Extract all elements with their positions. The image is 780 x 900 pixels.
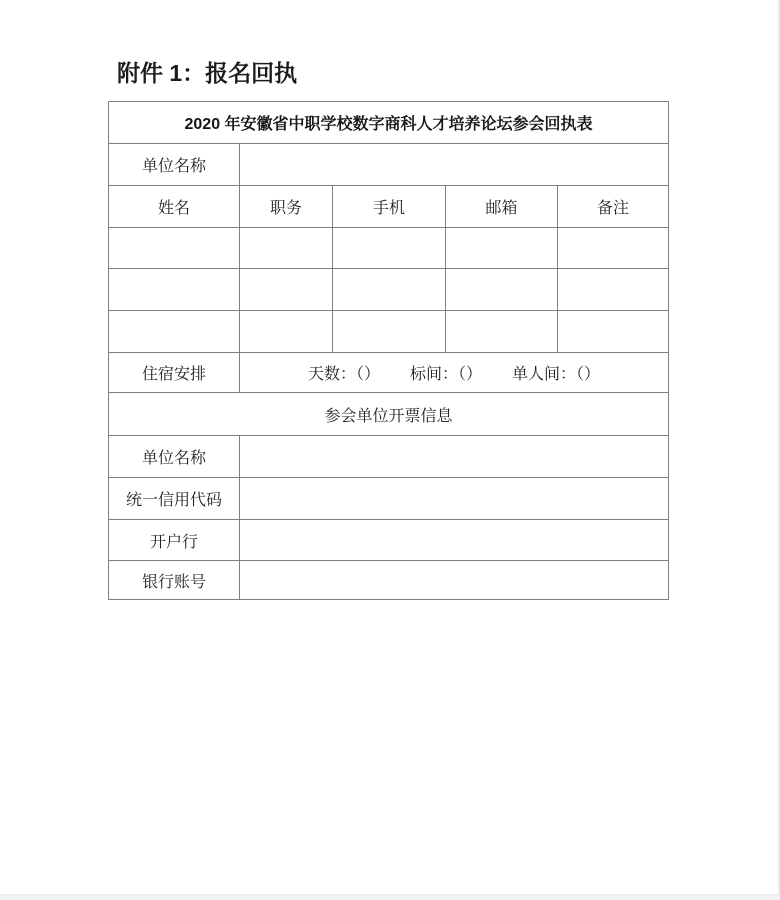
invoice-account-row: 银行账号	[109, 561, 669, 600]
invoice-credit-code-label: 统一信用代码	[109, 478, 240, 520]
accommodation-options: 天数：（） 标间：（） 单人间：（）	[240, 361, 668, 384]
attendee-phone-cell[interactable]	[333, 269, 446, 311]
accommodation-single-room-field: 单人间：（）	[512, 361, 600, 384]
accommodation-label: 住宿安排	[109, 353, 240, 393]
invoice-bank-label: 开户行	[109, 520, 240, 561]
attendee-name-cell[interactable]	[109, 311, 240, 353]
invoice-bank-value-cell[interactable]	[240, 520, 669, 561]
invoice-credit-code-value-cell[interactable]	[240, 478, 669, 520]
column-header-phone: 手机	[333, 186, 446, 228]
attendee-name-cell[interactable]	[109, 228, 240, 269]
accommodation-row: 住宿安排 天数：（） 标间：（） 单人间：（）	[109, 353, 669, 393]
attendee-name-cell[interactable]	[109, 269, 240, 311]
invoice-unit-name-label: 单位名称	[109, 436, 240, 478]
attendee-title-cell[interactable]	[240, 311, 333, 353]
column-header-title: 职务	[240, 186, 333, 228]
invoice-unit-name-value-cell[interactable]	[240, 436, 669, 478]
invoice-account-label: 银行账号	[109, 561, 240, 600]
invoice-section-title: 参会单位开票信息	[109, 393, 669, 436]
attendee-header-row: 姓名 职务 手机 邮箱 备注	[109, 186, 669, 228]
invoice-credit-code-row: 统一信用代码	[109, 478, 669, 520]
attendee-remark-cell[interactable]	[558, 228, 669, 269]
table-title: 2020 年安徽省中职学校数字商科人才培养论坛参会回执表	[109, 102, 669, 144]
column-header-email: 邮箱	[446, 186, 558, 228]
unit-name-value-cell[interactable]	[240, 144, 669, 186]
table-title-row: 2020 年安徽省中职学校数字商科人才培养论坛参会回执表	[109, 102, 669, 144]
attendee-email-cell[interactable]	[446, 269, 558, 311]
invoice-unit-name-row: 单位名称	[109, 436, 669, 478]
column-header-name: 姓名	[109, 186, 240, 228]
unit-name-row: 单位名称	[109, 144, 669, 186]
accommodation-days-field: 天数：（）	[308, 361, 380, 384]
invoice-account-value-cell[interactable]	[240, 561, 669, 600]
attendee-email-cell[interactable]	[446, 311, 558, 353]
column-header-remark: 备注	[558, 186, 669, 228]
document-page: 附件 1：报名回执 2020 年安徽省中职学校数字商科人才培养论坛参会回执表 单…	[0, 0, 780, 900]
attendee-phone-cell[interactable]	[333, 311, 446, 353]
invoice-bank-row: 开户行	[109, 520, 669, 561]
page-bottom-edge	[0, 894, 780, 900]
attendee-row	[109, 311, 669, 353]
attendee-phone-cell[interactable]	[333, 228, 446, 269]
attachment-heading: 附件 1：报名回执	[117, 61, 297, 86]
invoice-section-title-row: 参会单位开票信息	[109, 393, 669, 436]
registration-form-table: 2020 年安徽省中职学校数字商科人才培养论坛参会回执表 单位名称 姓名 职务 …	[108, 101, 669, 600]
attendee-row	[109, 228, 669, 269]
attendee-remark-cell[interactable]	[558, 311, 669, 353]
attendee-title-cell[interactable]	[240, 269, 333, 311]
unit-name-label: 单位名称	[109, 144, 240, 186]
accommodation-value-cell[interactable]: 天数：（） 标间：（） 单人间：（）	[240, 353, 669, 393]
attendee-row	[109, 269, 669, 311]
attendee-remark-cell[interactable]	[558, 269, 669, 311]
accommodation-standard-room-field: 标间：（）	[410, 361, 482, 384]
attendee-email-cell[interactable]	[446, 228, 558, 269]
attendee-title-cell[interactable]	[240, 228, 333, 269]
